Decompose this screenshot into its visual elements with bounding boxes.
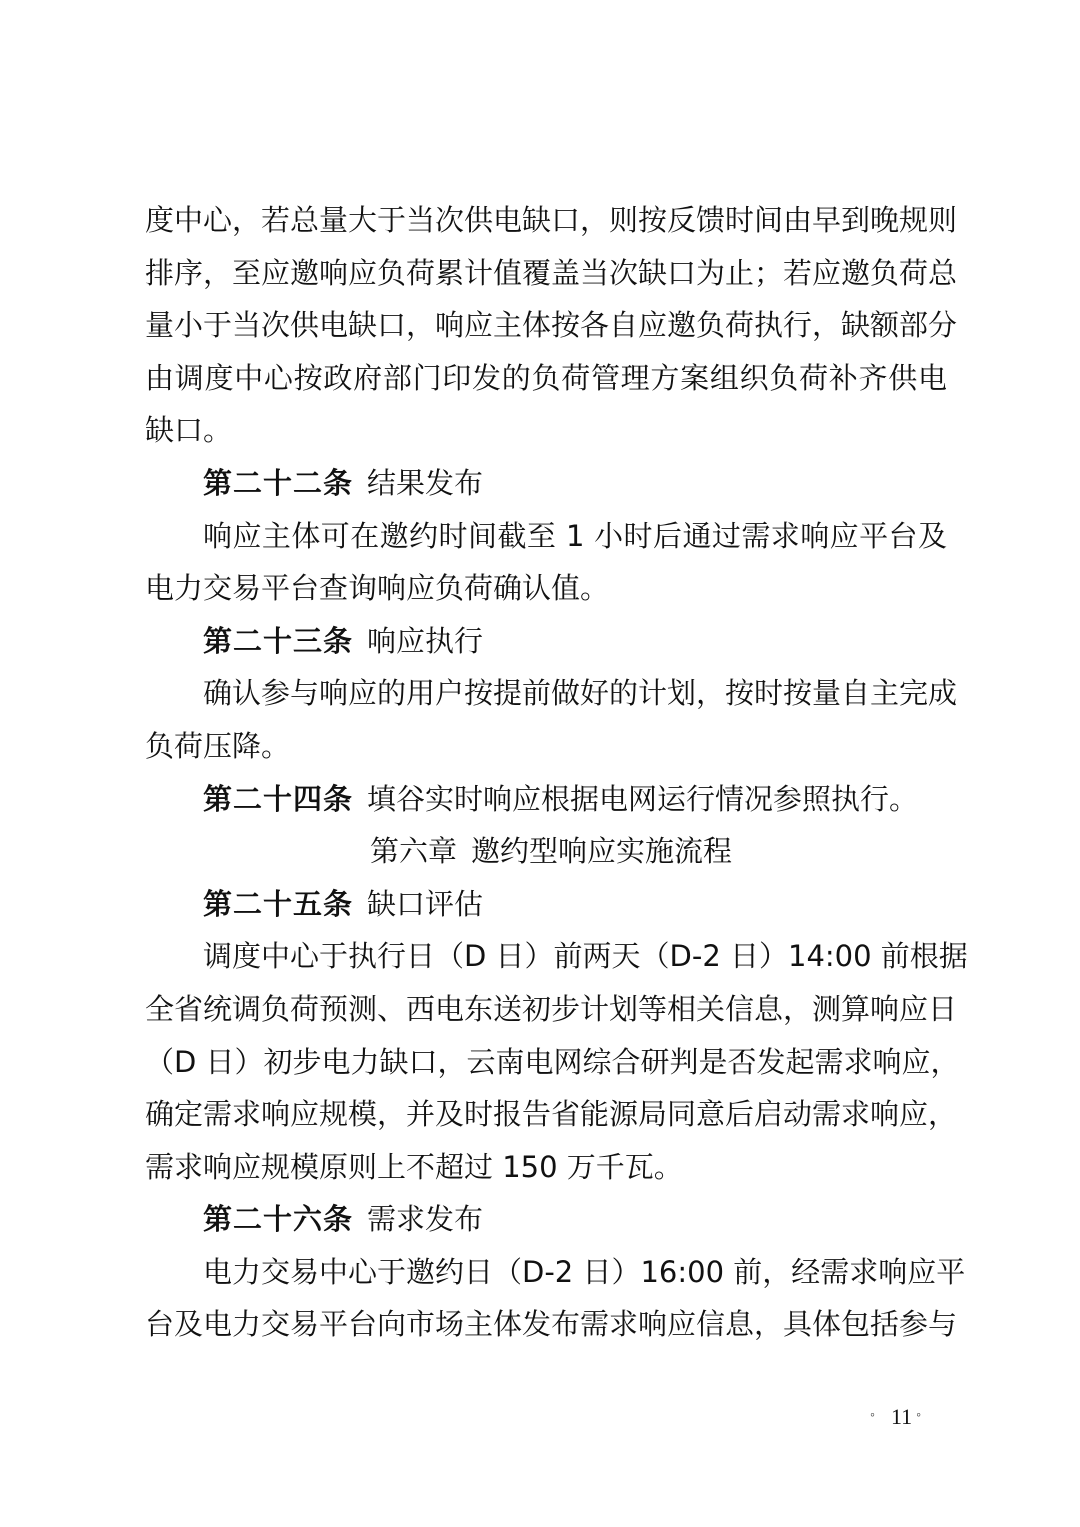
paragraph-line: 需求响应规模原则上不超过 150 万千瓦。 xyxy=(145,1141,947,1194)
article-26-heading: 第二十六条需求发布 xyxy=(145,1193,947,1246)
paragraph-line: 负荷压降。 xyxy=(145,720,947,773)
paragraph-line: 由调度中心按政府部门印发的负荷管理方案组织负荷补齐供电 xyxy=(145,352,947,405)
page-number: 11 xyxy=(891,1404,912,1429)
article-24-heading: 第二十四条填谷实时响应根据电网运行情况参照执行。 xyxy=(145,773,947,826)
chapter-label: 第六章 xyxy=(370,834,457,868)
article-23-heading: 第二十三条响应执行 xyxy=(145,615,947,668)
article-title: 需求发布 xyxy=(367,1202,483,1236)
paragraph-line: 确定需求响应规模，并及时报告省能源局同意后启动需求响应， xyxy=(145,1088,947,1141)
paragraph-line: 全省统调负荷预测、西电东送初步计划等相关信息，测算响应日 xyxy=(145,983,947,1036)
article-title: 缺口评估 xyxy=(367,887,483,921)
chapter-title: 邀约型响应实施流程 xyxy=(471,834,732,868)
article-title: 结果发布 xyxy=(367,466,483,500)
document-page: 度中心，若总量大于当次供电缺口，则按反馈时间由早到晚规则 排序，至应邀响应负荷累… xyxy=(145,194,947,1351)
paragraph-line: 调度中心于执行日（D 日）前两天（D-2 日）14:00 前根据 xyxy=(145,930,947,983)
chapter-6-heading: 第六章邀约型响应实施流程 xyxy=(145,825,947,878)
article-label: 第二十六条 xyxy=(203,1202,353,1236)
article-label: 第二十五条 xyxy=(203,887,353,921)
footer-dot-icon: ◦ xyxy=(870,1408,875,1423)
paragraph-line: 量小于当次供电缺口，响应主体按各自应邀负荷执行，缺额部分 xyxy=(145,299,947,352)
paragraph-line: 缺口。 xyxy=(145,404,947,457)
article-22-heading: 第二十二条结果发布 xyxy=(145,457,947,510)
article-label: 第二十四条 xyxy=(203,782,353,816)
article-label: 第二十二条 xyxy=(203,466,353,500)
paragraph-line: 响应主体可在邀约时间截至 1 小时后通过需求响应平台及 xyxy=(145,510,947,563)
paragraph-line: 电力交易平台查询响应负荷确认值。 xyxy=(145,562,947,615)
paragraph-line: （D 日）初步电力缺口，云南电网综合研判是否发起需求响应， xyxy=(145,1036,947,1089)
article-25-heading: 第二十五条缺口评估 xyxy=(145,878,947,931)
paragraph-line: 确认参与响应的用户按提前做好的计划，按时按量自主完成 xyxy=(145,667,947,720)
article-title: 填谷实时响应根据电网运行情况参照执行。 xyxy=(367,782,918,816)
footer-dot-icon: ◦ xyxy=(916,1408,921,1423)
paragraph-line: 排序，至应邀响应负荷累计值覆盖当次缺口为止；若应邀负荷总 xyxy=(145,247,947,300)
article-label: 第二十三条 xyxy=(203,624,353,658)
paragraph-line: 电力交易中心于邀约日（D-2 日）16:00 前，经需求响应平 xyxy=(145,1246,947,1299)
paragraph-line: 度中心，若总量大于当次供电缺口，则按反馈时间由早到晚规则 xyxy=(145,194,947,247)
page-footer: ◦11◦ xyxy=(870,1404,921,1430)
article-title: 响应执行 xyxy=(367,624,483,658)
paragraph-line: 台及电力交易平台向市场主体发布需求响应信息，具体包括参与 xyxy=(145,1298,947,1351)
